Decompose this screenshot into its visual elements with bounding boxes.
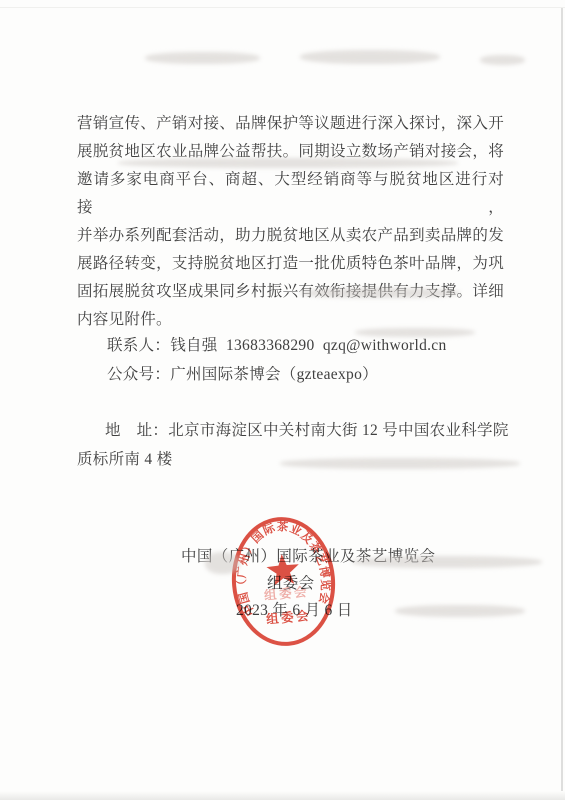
body-line: 展路径转变，支持脱贫地区打造一批优质特色茶叶品牌，为巩 [77, 250, 504, 278]
scan-smudge [205, 552, 240, 574]
scan-edge-right [561, 8, 563, 800]
scan-smudge [395, 605, 525, 617]
signature-committee: 组委会 [267, 570, 314, 597]
address-line-1: 地 址：北京市海淀区中关村南大街 12 号中国农业科学院 [105, 416, 525, 445]
scan-smudge [280, 458, 520, 469]
body-line: 邀请多家电商平台、商超、大型经销商等与脱贫地区进行对接， [77, 166, 504, 222]
contact-wechat-line: 公众号：广州国际茶博会（gzteaexpo） [107, 360, 527, 389]
scan-smudge [145, 52, 260, 64]
scan-smudge [300, 288, 460, 298]
scan-smudge [480, 55, 525, 65]
body-line: 并举办系列配套活动，助力脱贫地区从卖农产品到卖品牌的发 [77, 222, 504, 250]
scan-smudge [300, 50, 440, 64]
contact-block: 联系人：钱自强 13683368290 qzq@withworld.cn 公众号… [107, 331, 527, 389]
body-paragraph: 营销宣传、产销对接、品牌保护等议题进行深入探讨，深入开 展脱贫地区农业品牌公益帮… [77, 110, 504, 334]
document-page: 营销宣传、产销对接、品牌保护等议题进行深入探讨，深入开 展脱贫地区农业品牌公益帮… [0, 0, 565, 800]
scan-smudge [355, 328, 475, 337]
body-line: 营销宣传、产销对接、品牌保护等议题进行深入探讨，深入开 [77, 110, 504, 138]
scan-edge-top [0, 7, 565, 8]
scan-edge-bottom [0, 791, 565, 800]
scan-smudge [352, 556, 542, 568]
scan-smudge [118, 158, 458, 168]
signature-date: 2023 年 6 月 6 日 [236, 597, 353, 624]
